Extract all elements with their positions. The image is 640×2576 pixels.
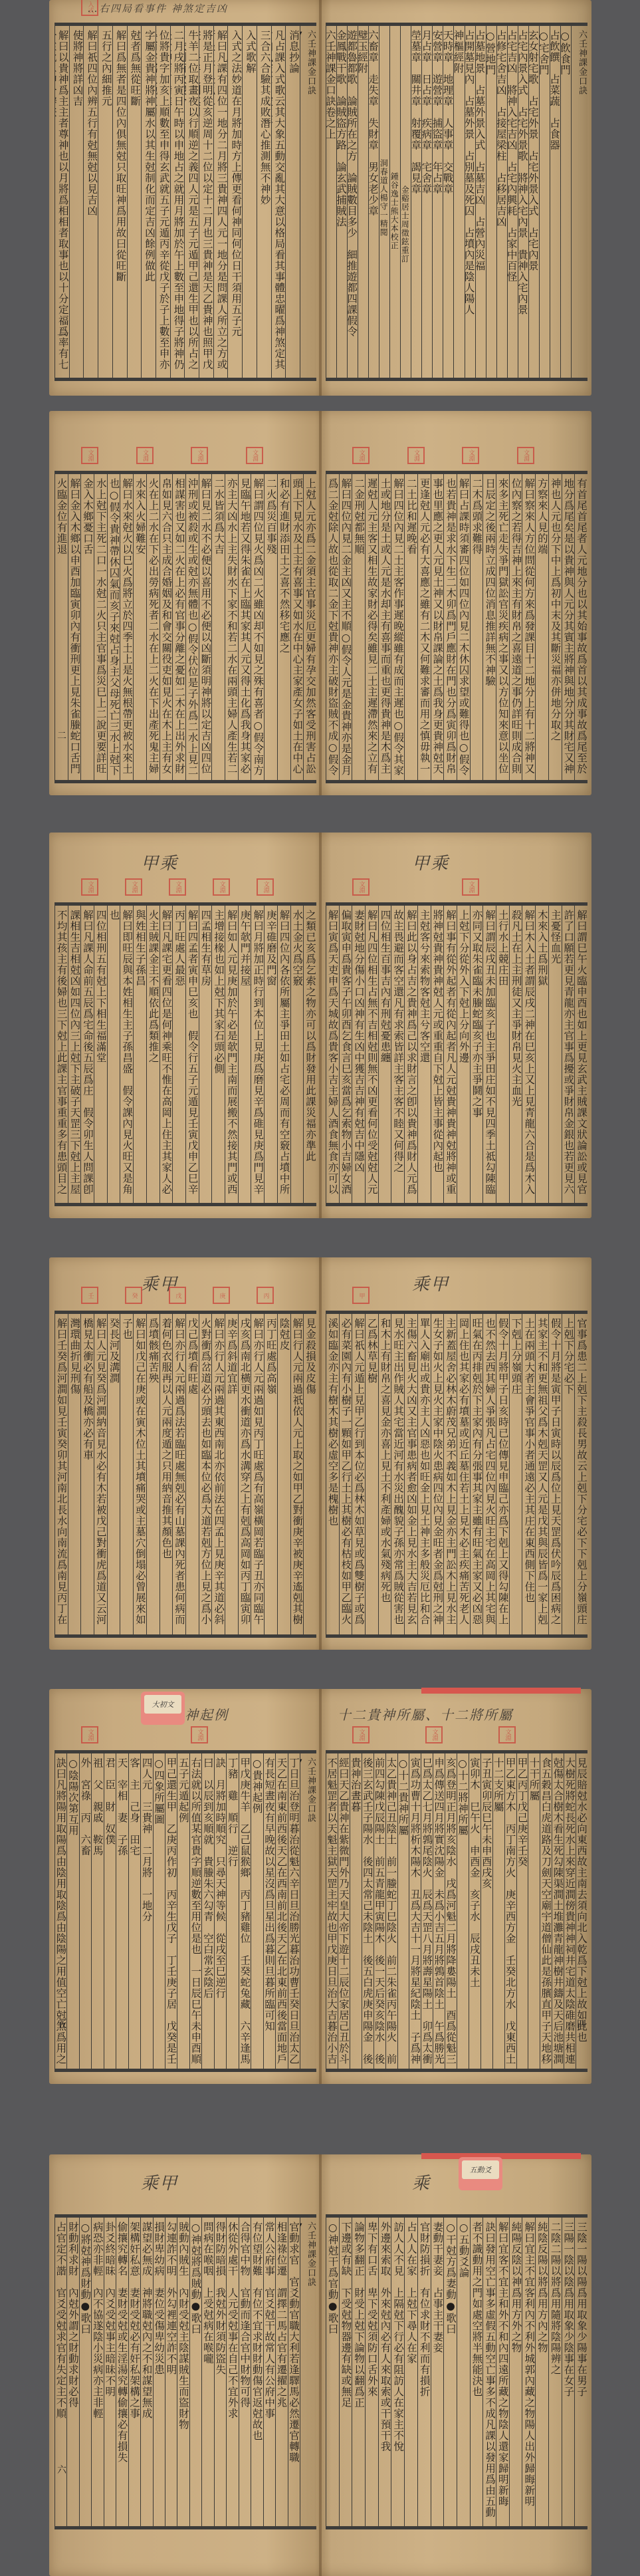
text-column: 訣曰發用空亡事多虛假五動空亡事多不成凡課以發用爲由五動爲發用之門爲萬物本體作課 xyxy=(482,2218,496,2526)
text-column: 解曰事有從外起者有從內起者凡人元尅貴神貴神尅將神或重重自上尅下皆主事從外入也凡 xyxy=(443,906,457,1203)
text-column: 妻動干妻妾 占事主干妻妾 xyxy=(431,2218,444,2526)
text-frame: 見辰賠尅水必向東西故主南去須向北入乾爲下尅上故如此也大樹死將蛇長死水上來穿近澗傍… xyxy=(326,1750,587,2072)
text-column: ○貴神起例 xyxy=(251,1753,263,2069)
red-seal-stamp: 文淵 xyxy=(136,447,154,464)
text-column: ○飲食門 xyxy=(560,26,571,378)
text-column: 二金刑尅都無順 xyxy=(352,474,365,780)
fishtail-mark-icon: ▼ xyxy=(300,1757,304,2069)
right-page: 六壬神課金口訣○飲食門占飲饌 占菜蔬 占食器○宅舍門玄女射宅歌 占宅外景 占宅外… xyxy=(320,0,591,396)
text-column: 見水旺主出作賊人其宅當近河有水災出醜貌子孫亦常爲賊從害也火在上主產死在下 xyxy=(391,1314,404,1634)
text-column: 更逢尅人元必有大喜應之雖有二木又何難求審而用之慎毋執一 xyxy=(417,474,431,780)
text-column: 神也人元也分下中上爲初中末及其斷災福亦併地分取之 xyxy=(548,474,562,780)
text-column: 主新蓋屋舍必林木蔚茂兄弟不義如木上見金亦主門訟木上見水主財帛之喜木上見火 xyxy=(443,1314,457,1634)
text-column: 解曰凡課人命前五辰爲宅命後五辰爲庄 假令卯生人問課卽申是宅便於宅上作方位立成四 xyxy=(80,906,94,1203)
text-column: 也若貴神是求水下生二木卯爲門戶應財在門也分爲寅卯爲財帛此二木得水化爲生氣亦有喜 xyxy=(443,474,457,780)
text-column: 庚辛爲斜道宜詳 xyxy=(225,1314,238,1634)
fold-margin-column: 六壬神課金口訣▼卷上 xyxy=(300,2218,316,2526)
text-column: 之類已亥爲乞索之物亦可以爲財發用此課災福亦準此 xyxy=(303,906,316,1203)
editor-credit: 金谿居士周徵鉉重訂 xyxy=(400,26,411,378)
page-header-area xyxy=(326,0,586,23)
text-column: 解曰凡四位相生占無不吉相尅則無不凶更看何位受尅尅人元主官事尅貴神傷尊長尅將神傷 xyxy=(365,906,378,1203)
text-column: 許了口願若更見青龍亦主官事爲擾或爭財帛金銀也若更見六合主四官事門上追呼若更見巳午 xyxy=(562,906,575,1203)
text-column: 解曰凡課有四位一地分二月將三貴神四人元一地分是問課人所立之方或所坐之方是也二月 xyxy=(213,26,228,378)
text-column: 下剋上分嶺頭庄 xyxy=(509,1314,522,1634)
text-column: 卑下有口舌 卑下受尅須防口舌外來 xyxy=(365,2218,378,2526)
text-column: 入式歌解 xyxy=(242,26,257,378)
text-column: 客 主 己身 田宅 xyxy=(128,1753,140,2069)
text-column: 解曰祇四位內辨五行有尅無尅以見吉凶 xyxy=(83,26,98,378)
right-page: 十二貴神所屬、十二將所屬文淵文淵文淵見辰賠尅水必向東西故主南去須向北入乾爲下尅上… xyxy=(320,1689,591,2084)
margin-book-title: 六壬神課金口訣 xyxy=(306,2222,316,2287)
text-column: 癸長河及溝澗 xyxy=(107,1314,120,1634)
text-column: 太乙貴神己丑陰土 前一螣蛇丁巳陰火 前二朱雀丙午陽火 前三六合乙卯陰木 xyxy=(385,1753,397,2069)
page-number: 四 xyxy=(577,2017,586,2031)
text-column: 巳爲太乙七月將鶉尾陰火 辰爲天罡八月將壽星陽土 卯爲太衝九月將大火陰木 xyxy=(421,1753,433,2069)
text-column: 四人元 三貴神 二月將 一地分 xyxy=(140,1753,152,2069)
text-column: 也○假令貴神帶休囚氣而亥子來尅占身主父母死亡三水上尅下火不能生其家必主死二口二 xyxy=(107,474,120,780)
text-column: 也 xyxy=(107,906,120,1203)
text-column: 天 宰相 妻 子孫 xyxy=(116,1753,128,2069)
text-column: 甲己還生甲 乙庚丙作初 丙辛生戊子 丁壬庚子居 戊癸是壬子 時元從子推 xyxy=(165,1753,177,2069)
text-column: 凡占課入式歌云其大象五動交亂其大意以格局看其事體忠曜爲神煞定其占凶以空亡月破史干 xyxy=(271,26,286,378)
text-column: 五行之內細推元 xyxy=(98,26,112,378)
red-seal-stamp: 文淵 xyxy=(169,878,186,896)
text-column: 玄女射宅歌 占宅外景 占宅外景入式 占宅內景 xyxy=(528,26,539,378)
text-column: 解曰四位內見二土主客作事遲晚縱雖有成而主遲也○假令其家求財或爭財帛於四位內見二 xyxy=(391,474,404,780)
text-column: 占開墓見內 占墓外景 占別墓及死囚 占墳內是陰人陽人 xyxy=(465,26,475,378)
text-column: 頭上下見水及土主有喜事又如水在中心主家產女子如土在中心主子孫出外爲商旅如上下比 xyxy=(290,474,304,780)
text-column: 爲二金尅除人故也從取二金下尅貴神亦主破財盜賊不成○假令將神是金貴神是金人元是木 xyxy=(326,474,339,780)
text-frame: 六壬神課金口訣▼卷上丁日旦治登明暮治從魁六辛日旦治勝光暮治功曹壬癸日旦治太乙暮治… xyxy=(54,1750,316,2072)
text-column: 甲乙丙丁戊己庚辛壬癸 xyxy=(516,1753,528,2069)
text-column: 入式之法妙道在月將加時方上傳更看何神同何位日干須用五子元 xyxy=(227,26,242,378)
page-header-area: 乘五動爻 xyxy=(326,2154,586,2214)
page-header-area: 四 貴神起例大初文文淵文淵 xyxy=(54,1689,315,1750)
text-column: 官財防損折 有位求財不利而有損折 xyxy=(417,2218,431,2526)
right-page: 文淵文淵文淵文淵有首尾首尾者人元地分也以其始事故爲首以其成事故爲尾至於論一課之首… xyxy=(320,411,591,795)
page-header-area: 甲乘文淵文淵 xyxy=(326,833,586,902)
red-seal-stamp: 文淵 xyxy=(257,878,274,896)
text-column: 官動求官 官爻動官職大利若逢驛馬必然遷官轉職 xyxy=(288,2218,300,2526)
text-column: 二火爲災百事殘 xyxy=(264,474,277,780)
text-column: 偷攘究轉名 妻財受尅或生淫湯究轉偷攘必有損失 xyxy=(116,2218,128,2526)
right-page: 甲乘文淵文淵解曰謂巳午火臨申酉也如上更見玄武主賊課文狀論訟或見官爭田土而必大理若… xyxy=(320,833,591,1218)
text-column: 六壬神課金口訣卷之上 xyxy=(326,26,336,378)
text-column: 子也 xyxy=(120,1314,133,1634)
text-column: 假令十月將甲子日亥時已位傳見申臨己亦爲下剋上又得勾陳在上其庄在南山側下門 xyxy=(496,1314,509,1634)
text-column: 天乙在南東前西後天乙在西南前北後天乙在北東前西後當面地戶背天門以天門地戶爲晝夜 xyxy=(275,1753,287,2069)
text-column: 亦主大凶水上主失財水下家不和若二水在兩頭主婦人產生若二土在上主夫妻不睦須分離也 xyxy=(225,474,238,780)
red-seal-stamp: 戊 xyxy=(169,1287,186,1304)
text-column: 單人入廟出或貴亦主人凶惡也如旺金上見土神主多般災厄比和合主先凶後吉也如金 xyxy=(417,1314,431,1634)
text-column: 前四勾陳戊辰陽土 前五青龍甲寅陽木 後一天后癸亥陰水 後二太陰辛酉陰金 xyxy=(373,1753,385,2069)
text-column: 金入木鄉憂口舌 xyxy=(80,474,94,780)
text-column: 訪人人不見 上隔尅下行必有阻訪人在家主不悅 xyxy=(391,2218,404,2526)
margin-book-title: 六壬神課金口訣 xyxy=(577,30,587,95)
text-column: 右法就以所值某官貴字順逆數至用位是也 一日辰巳午未申酉順行 戌亥子丑寅卯逆行 xyxy=(189,1753,201,2069)
red-seal-stamp: 入式 xyxy=(81,0,98,16)
text-column: 遊都魯都歌 論賊所在之方 論賊數目多少 細推遊都四課假令 xyxy=(347,26,358,378)
text-column: 丙丁旺處人最惡 xyxy=(172,906,185,1203)
text-column: 解曰凡課宅更看四位是何神乘旺不惟在高岡上住主其家人必惡而狠戾也水主沉溺木主不 xyxy=(160,906,173,1203)
text-column: 純陽反陰以神爲用方外之物 xyxy=(509,2218,522,2526)
left-page: 乘甲壬癸戊庚丙見金殺損及皮傷解曰行人元兩過祇依人元上取之如甲乙對衝庚辛被庚辛遙剋… xyxy=(49,1257,320,1650)
text-column: 相謀害也又如二火在上必有官事分離之憂如二木在上出外求財大喜也見二木內有青龍主財 xyxy=(172,474,185,780)
page-header-area: …右四局看事件 神煞定吉凶入式 xyxy=(54,0,315,23)
text-column: ○神尅將爲賊動●歌曰 xyxy=(189,2218,201,2526)
text-column: 子丑寅卯辰巳午未申酉戌亥 xyxy=(480,1753,492,2069)
text-column: 和木上有財帛之喜見金亦喜上見土不利產婦或水氣殘病死也 xyxy=(378,1314,391,1634)
text-frame: 之類已亥爲乞索之物亦可以爲財發用此課災福亦準此水土金火爲空竅解曰四位內各依所屬主… xyxy=(54,902,316,1206)
text-column: ○將尅神爲財動●歌曰 xyxy=(79,2218,91,2526)
text-column: 六畜章 走失章 失財章 男女老少章 xyxy=(368,26,379,378)
text-column: 上尅人元亦爲二金須主官事災厄更婦有孕交加然客受刑害占訟之用我獲吉矣又加二金在兩 xyxy=(303,474,316,780)
red-seal-stamp: 文淵 xyxy=(425,1726,443,1743)
left-page: 甲乘文淵文淵文淵文淵文淵之類已亥爲乞索之物亦可以爲財發用此課災福亦準此水土金火爲… xyxy=(49,833,320,1218)
page-number: 一 xyxy=(57,329,66,342)
text-column: 得財防暗損 我尅外財須防盜失 xyxy=(214,2218,226,2526)
text-column: 寅爲功曹十月將析木陽木 丑爲大吉十一月將星紀陰土 子爲神后十二月將玄枵陽水 xyxy=(409,1753,421,2069)
text-column: 解曰以貴神爲主主者尊神也以月將爲相相者取事也以十分定福爲率有七分在此二神分辨兼 xyxy=(54,26,69,378)
text-column: 占宅吉凶 將神入宅吉凶 占宅內興耗 占家中百怪 xyxy=(507,26,518,378)
margin-book-title: 六壬神課金口訣 xyxy=(306,1757,316,1823)
text-column: 解曰人元見癸爲河澗納音見水必有木若被戊己對衝虎爲道又云河與道交過如見大吉 xyxy=(94,1314,107,1634)
text-column: 賊動內賊生 內財受尅主陰謀賊生而盜財物 xyxy=(177,2218,189,2526)
text-column: 四孟相生有草房 xyxy=(199,906,212,1203)
page-header-area: 文淵文淵文淵文淵 xyxy=(326,411,586,471)
text-column: 土在兩頭大者主會爭官事小者通遠必主其庄在東西側下住也 xyxy=(522,1314,535,1634)
text-column: ○十二將神所屬 xyxy=(457,1753,469,2069)
handwritten-annotation: 甲乘 xyxy=(141,850,178,874)
text-column: 乙爲林草見樹 xyxy=(365,1314,378,1634)
text-column: 地分爲尾矣是以貴神與人元分其賓主將神與地分分其財宅又神與將各定善惡以斷休咎將也 xyxy=(562,474,575,780)
label-tag-text: 五動爻 xyxy=(462,2160,499,2179)
text-column: 假令十月將是寅甲子日寅時以辰爲位上見天罡爲伏吟辰爲困病之神又上見六合木木 xyxy=(548,1314,562,1634)
text-column: 見臨午地若又得朱雀在上臨其家其人元又得土化爲我身其家必大富也若二火二水百無一好 xyxy=(238,474,251,780)
text-column: 食五穀昌白虎道路及刀劍天空廟宇道僧仙此是孫臏直甲子天地移來掌內觀 xyxy=(540,1753,552,2069)
text-column: 水來入火婦難安 xyxy=(133,474,146,780)
text-column: 解曰祇人元遁上見甲乙行到本位必爲林木如草見或爲雙樹子或爲單樹子如甲乙臨 xyxy=(352,1314,365,1634)
page-header-area: 乘甲 xyxy=(54,2154,315,2214)
text-column: 純陰反陽以將爲用方內之物 xyxy=(535,2218,548,2526)
text-column: 火對衝爲岔道必分頭去也如臨本位必爲大道若剋方位上見之爲小道也 xyxy=(199,1314,212,1634)
text-column: 着何色衣服再以人元兩度遁之只用納音推其顏色也 xyxy=(160,1314,173,1634)
text-column: 解曰水來尅火以巳火爲將立於四季土上是火無根帶更被水來土尅而人元不救主婦人心痛死 xyxy=(120,474,133,780)
text-column: 故主畏避而客空還凡有求索皆詳主客主客不睦又何得之 xyxy=(391,906,404,1203)
text-column: 財動利求財 內尅外謂之財動求財必得 xyxy=(66,2218,78,2526)
text-column: 解曰亦行人元兩過爲法若臨旺處無剋必有山墓課內死者患何病而死亦依後占法斷之 xyxy=(172,1314,185,1634)
red-seal-stamp: 文淵 xyxy=(81,1726,98,1743)
fishtail-mark-icon: ▼ xyxy=(300,2222,304,2526)
red-seal-stamp: 文淵 xyxy=(498,1726,516,1743)
text-column: 和必有進財添田土之喜不然移宅應之 xyxy=(277,474,290,780)
book-spread: …右四局看事件 神煞定吉凶入式六壬神課金口訣▼卷上消息抄論凡占課入式歌云其大象五… xyxy=(49,0,591,396)
text-column: 損財卑幼病 妻位受傷卑幼災患 xyxy=(153,2218,165,2526)
red-seal-stamp: 文淵 xyxy=(462,878,479,896)
text-column: 二土比和遲晚看 xyxy=(404,474,417,780)
text-column: 常人公府事 官爻尅干故常人有公府中事 xyxy=(263,2218,275,2526)
fold-margin-column: 六壬神課金口訣▼卷上 xyxy=(300,26,316,378)
text-column: 有長短晝夜有早晚故以星沒爲旦星出爲暮則旦暮所臨可知 xyxy=(263,1753,275,2069)
text-column: 三陰一陽以陽爲用取象少陽事在男子 xyxy=(574,2218,587,2526)
red-seal-stamp: 庚 xyxy=(213,1287,230,1304)
fold-margin-column: 六壬神課金口訣 xyxy=(571,26,587,378)
text-column: 妻財尅地分傷小口凶神有生凶中獲吉吉神有尅吉中隱凶 xyxy=(352,906,365,1203)
text-column: 曰 以辰到亥順就 貴螣朱六勾青 空白常玄陰后 xyxy=(201,1753,213,2069)
text-column: ○營地門 xyxy=(486,26,496,378)
text-column: 將神尅貴神貴神尅人元或重重自下尅上皆主事從內起也 xyxy=(431,906,444,1203)
text-column: 璧玉經附 xyxy=(358,26,368,378)
red-seal-stamp: 文淵 xyxy=(213,878,230,896)
text-column: 沖刑或被殺或生或尅亦無體也○假令伏位是子外爲二水上見二土必傷人二口又須破財遭賊 xyxy=(185,474,199,780)
page-header-area: 文淵文淵文淵文淵 xyxy=(54,411,315,471)
text-column: 解曰爲無者是四位內俱無尅只取旺神爲用故曰從旺斷 xyxy=(112,26,127,378)
red-seal-stamp: 壬 xyxy=(81,1287,98,1304)
text-column: ○五動爻論 xyxy=(457,2218,470,2526)
text-column: 架構奸私意 妻財受尅必有奸私架構之事 xyxy=(128,2218,140,2526)
text-column: ○宅舍門 xyxy=(539,26,550,378)
red-seal-stamp: 文淵 xyxy=(81,878,98,896)
text-column: 經曰天乙貴神在紫微門外乃天皇大帝下遊十二辰位家居己丑於斗牛之次執玉衡均同天人之事 xyxy=(338,1753,350,2069)
book-spread: 乘甲六壬神課金口訣▼卷上官動求官 官爻動官職大利若逢驛馬必然遷官轉職相逢祿位遷 … xyxy=(49,2154,591,2576)
handwritten-annotation: 十二貴神所屬、十二將所屬 xyxy=(338,1704,513,1724)
text-column: 火主賊課金主不順依此爲類推之 xyxy=(146,906,160,1203)
text-column: 解曰月將加正時行到本位上見庚爲磨見辛爲碓見庚爲門見辛爲窗亦爲水道也 xyxy=(251,906,264,1203)
page-header-area: 乘甲甲 xyxy=(326,1257,586,1311)
text-column: 解曰占課時須審四位如四位內見二木休囚求望或難得也○假令地分在寅上遁得太衝是二木 xyxy=(457,474,470,780)
text-column: ○神尅干爲官動●歌曰 xyxy=(326,2218,339,2526)
text-column: 金鳳戰干歌 論賊盜方路 論玄武捕賊法 xyxy=(336,26,347,378)
text-frame: 六壬神課金口訣▼卷上消息抄論凡占課入式歌云其大象五動交亂其大意以格局看其事體忠曜… xyxy=(54,23,316,381)
text-column: 三合六合驗其成敗潛心推測無不神妙 xyxy=(257,26,271,378)
text-column: 官事爲患二上剋下主殺長男故云上剋下分宅必下下剋上分嶺頭庄此宅亦主兵起破財 xyxy=(574,1314,587,1634)
text-column: 四位相生百事吉內有刑尅憂患纏 xyxy=(378,906,391,1203)
editor-credit: 鍾谷逸士熊大本校正 xyxy=(389,26,400,378)
text-column: 卦爻終暗昧 內爻受尅事主暗昧不明 xyxy=(104,2218,116,2526)
text-column: 主傷六畜見火大凶又主官事患病者愈凶如金上見水主大吉若見玄武水主作竊盜之人 xyxy=(404,1314,417,1634)
text-column: 占修宅舍吉凶 占接屋梁柱 占移居吉凶 xyxy=(496,26,507,378)
text-column: 有首尾首尾者人元地分也以其始事故爲首以其成事故爲尾至於論一課之首尾則人元爲首而 xyxy=(574,474,587,780)
text-column: 橋見太衝必有船及橋亦必有車 xyxy=(80,1314,94,1634)
text-column: 塋墓章 關井章 射覆章 謁見章 xyxy=(411,26,421,378)
library-label-tag: 大初文 xyxy=(141,1692,185,1725)
text-frame: 六壬神課金口訣○飲食門占飲饌 占菜蔬 占食器○宅舍門玄女射宅歌 占宅外景 占宅外… xyxy=(326,23,587,381)
text-column: 合得官中物 官動而逢合官中財物可得 xyxy=(239,2218,251,2526)
fishtail-mark-icon: ▼ xyxy=(300,30,304,378)
right-page: 乘五動爻三陰一陽以陽爲用取象少陽事在男子三陽一陰以陰爲用取象少陰事在女子二陰二陽… xyxy=(320,2154,591,2576)
text-column: 訣 月將加時順究 只尋天神等候 從戌至巳逆行 xyxy=(214,1753,226,2069)
text-column: 課相生吉相尅凶如四位內三上尅下主破子天罡三下尅上主屋舍必塌又主破財亦有子孫獨弱 xyxy=(68,906,81,1203)
red-seal-stamp: 文淵 xyxy=(462,447,479,464)
text-column: 解曰察來人方位問從何方來爲發課目十二地分上有十二將神又有十二貴神上有人元宜於四 xyxy=(522,474,535,780)
text-column: 解曰壬癸爲河澗如見壬寅癸卯其河南北長水向南流爲南見丙丁在前也故旺處刑剋即 xyxy=(54,1314,68,1634)
text-column: 君 臣 財 奴僕 xyxy=(104,1753,116,2069)
red-seal-stamp: 文淵 xyxy=(125,878,142,896)
text-column: 休從外處干 人元受尅事在自己不宜外求 xyxy=(226,2218,238,2526)
text-column: 消息抄論 xyxy=(285,26,300,378)
text-column: 解曰四位內各依所屬主爭田土如占宅必周而有空竅占墳中所藏是瓦器 xyxy=(277,906,290,1203)
text-column: 偏取寅申爲貴客子午卯酉乞食言巳亥當爲乞索物小吉婦女酒食筵 xyxy=(339,906,352,1203)
text-column: 主增接椽也如上尅下其家石頭必側 xyxy=(211,906,225,1203)
red-seal-stamp: 文淵 xyxy=(407,447,425,464)
text-column: 二水皆須爲大吉 xyxy=(211,474,225,780)
text-column: 字屬金貴神將神屬水以其生尅制化而定吉凶餘例做此 xyxy=(141,26,156,378)
text-column: 丁日旦治登明暮治從魁六辛日旦治勝光暮治功曹壬癸日旦治太乙暮治太衝天乙在東南前北後 xyxy=(288,1753,300,2069)
text-column: 解曰此以身占吉之貴神爲己以求財言之卽以貴神爲財人元爲主以主尅客故來索物以客傷主 xyxy=(404,906,417,1203)
text-column: 水上尅下主死二口一水尅二火只主官事爲災巳上二說更要詳旺相休囚而決 xyxy=(94,474,107,780)
text-column: 解曰四位內見二金主凶又主不順○假令人元是金貴神亦是金月將是木更相刑殺故凶主亡妻 xyxy=(339,474,352,780)
text-column: 上尅下分從外入下尅上分向外邊 xyxy=(457,906,470,1203)
book-spread: 文淵文淵文淵文淵上尅人元亦爲二金須主官事災厄更婦有孕交加然客受刑害占訟之用我獲吉… xyxy=(49,411,591,795)
text-column: 庚午欹門并接屋 xyxy=(238,906,251,1203)
red-seal-stamp: 文淵 xyxy=(191,1726,208,1743)
text-column: 謀望必無成 神將職尅內之不和謀望無成 xyxy=(140,2218,152,2526)
text-column: 外邊來索取 外來尅內必有人來取索或干預干我 xyxy=(378,2218,391,2526)
red-seal-stamp: 文淵 xyxy=(517,447,534,464)
text-column: 亦同又取朱雀臨未螣蛇臨亥子亦主爭鬪之事 xyxy=(470,906,483,1203)
text-column: 溪如臨金亦主有樹木其樹必虛空多是槐樹也 xyxy=(326,1314,339,1634)
text-column: 使將神將詳凶吉 xyxy=(69,26,84,378)
red-seal-stamp: 甲 xyxy=(352,1287,370,1304)
text-column: 神樞經附 xyxy=(453,26,464,378)
text-column: 占墓地景 占墓外景入式 占墓吉凶 占營內災福 xyxy=(475,26,486,378)
text-column: 寅卯木 巳午火 申酉金 亥子水 辰戌丑未土 xyxy=(469,1753,480,2069)
text-column: 旺氣在丙排剋於下主家內有分張事其家主雖有旺氣主家又必凶惡也四位內見土旺主 xyxy=(470,1314,483,1634)
text-column: 解曰寅爲天吏申爲天城故爲貴客小吉主婦人酒食無食亦可以遊候用也子午卯酉爲乞食果物 xyxy=(326,906,339,1203)
text-column: 不居魁罡者以天魁主獄天罡主牢故也甲戊庚日旦治大吉暮治小吉乙己日旦治神后暮治傳送丙 xyxy=(326,1753,338,2069)
text-column: 灣環曲折見刑傷 xyxy=(68,1314,81,1634)
left-page: …右四局看事件 神煞定吉凶入式六壬神課金口訣▼卷上消息抄論凡占課入式歌云其大象五… xyxy=(49,0,320,396)
book-spread: 乘甲壬癸戊庚丙見金殺損及皮傷解曰行人元兩過祇依人元上取之如甲乙對衝庚辛被庚辛遙剋… xyxy=(49,1257,591,1650)
text-column: 解曰謂四位見火爲凶二火雖凶却不如見之殊有喜者○假令南方干地爲一火更得伏吟勝光火 xyxy=(251,474,264,780)
text-column: 後三玄武壬子陽水 後四太常己未陰土 後五白虎庚申陽金 後六天空戊戌陽土 xyxy=(362,1753,373,2069)
text-column: 十干所屬 xyxy=(528,1753,540,2069)
text-column: 位內察之若得吉神上來主有財帛之喜遠道之事仍詳旺則成合則說百事無凶若帶凶神凶位上 xyxy=(509,474,522,780)
text-column: ○四象所屬圖 xyxy=(153,1753,165,2069)
text-column: 主尅客兮來索物客尅主兮客空還 xyxy=(417,906,431,1203)
text-column: 解曰謂巳午火臨申酉也如上更見玄武主賊課文狀論訟或見官爭田土而必大理若更見貴神主 xyxy=(574,906,587,1203)
text-column: 岡上住也其家必有墳墓或近丘墓住若土上見木必主疾痛苦死老人四位內見木旺有官 xyxy=(457,1314,470,1634)
text-column: 遲尅人元主客又相生故家財必得矣雖見二土主遲滯然來之立有大喜而重應之 xyxy=(365,474,378,780)
text-column: 戌亥爲南北橫更水衝道亦爲水溝穿之上有剋爲高岡如丙丁臨寅卯木位必有山林也 xyxy=(238,1314,251,1634)
text-column: 必有菜園內有小樹子一顆如甲乙行土上其樹必有枯枝如甲乙臨火主有火樹子亦焦乾 xyxy=(339,1314,352,1634)
text-frame: 三陰一陽以陽爲用取象少陽事在男子三陽一陰以陰爲用取象少陰事在女子二陰二陽以將爲用… xyxy=(326,2214,587,2529)
text-column: 外 宮祿 丙 六畜 xyxy=(79,1753,91,2069)
text-column: ○十二貴神所屬 xyxy=(397,1753,409,2069)
red-seal-stamp: 癸 xyxy=(125,1287,142,1304)
text-column: 牛羊二位取畫夜以行順逆之義四人元是五子元遁甲己還生甲也以所占之日依例而取假令 xyxy=(184,26,199,378)
text-column: 月占章 日占章 疾病章 宅舍章 xyxy=(421,26,432,378)
text-column: 丙丁旺處爲高嶺 xyxy=(264,1314,277,1634)
text-column: 貴神治晝暮 xyxy=(350,1753,362,2069)
text-column: 日辰定之後兩時立成四位消息推詳無不神驗 xyxy=(482,474,496,780)
text-column: 占人人在家 上尅下尋人在家 xyxy=(404,2218,417,2526)
text-column: 與姓相生子孫昌 xyxy=(133,906,146,1203)
page-number: 五 xyxy=(57,2017,66,2031)
handwritten-annotation: …右四局看事件 神煞定吉凶 xyxy=(88,1,228,15)
text-frame: 有首尾首尾者人元地分也以其始事故爲首以其成事故爲尾至於論一課之首尾則人元爲首而地… xyxy=(326,471,587,783)
text-column: 尅傷太合樹木看生死勾陳渠澗土堆灘青龍神樹井鑄及天后池塘澗水泉玄武鬼神井圖畫太常酒 xyxy=(552,1753,564,2069)
text-column: 解曰如人元見庚加於午必是欹門主南而展搬不然接其門或西南 根柱曾接來也如見二金 xyxy=(225,906,238,1203)
red-seal-stamp: 文淵 xyxy=(81,447,98,464)
text-column: 占官定不諧 官爻受尅求官有失定主不順 xyxy=(54,2218,66,2526)
book-spread: 甲乘文淵文淵文淵文淵文淵之類已亥爲乞索之物亦可以爲財發用此課災福亦準此水土金火爲… xyxy=(49,833,591,1218)
left-page: 文淵文淵文淵文淵上尅人元亦爲二金須主官事災厄更婦有孕交加然客受刑害占訟之用我獲吉… xyxy=(49,411,320,795)
text-column: 位將貴字加亥上順數至申得玄武就五子元遁丙辛從戊子於子上數至申亦得丙字屬火地支申 xyxy=(156,26,170,378)
handwritten-annotation: 甲乘 xyxy=(412,850,449,874)
text-column: 亥爲登明正月將亥陰水 戌爲河魁二月將降婁陽土 酉爲從魁三月將大梁陰金 xyxy=(445,1753,457,2069)
text-column: 大樹死將蛇長死水上來穿近澗傍貴神神祠井宅道太陰碓磨共相連前一螣蛇爲窑竈朱雀燒窑有 xyxy=(564,1753,576,2069)
text-column: 丁豬 雞 順行 逆行 xyxy=(226,1753,238,2069)
text-column: 庚辛碓磨及門窗 xyxy=(264,906,277,1203)
text-column: 甲乙東方木 丙丁南方火 庚辛西方金 壬癸北方水 戊東西土陽 己南北土陰 xyxy=(504,1753,516,2069)
text-column: 火在上二水在下必出勞病死者二水在上二火在下出產死鬼主婦嫌夫之象又主火驚三兩次也 xyxy=(146,474,160,780)
text-column: 其家主不和更無祖父爲木剋天罡又人元是戊其與辰皆爲一家上剋之主兄弟分張更木 xyxy=(535,1314,548,1634)
text-column: 解曰宜主不宜客利內不利外城郭內藏之物陽人出外歸晦新明 xyxy=(522,2218,535,2526)
text-column: 解曰即旺辰與本姓相生主子孫昌盛 假令課內見火旺又是角徵宮姓人占之是宅有氣又相 xyxy=(120,906,133,1203)
fold-margin-column: 六壬神課金口訣▼卷上 xyxy=(300,1753,316,2069)
text-column: 解曰見二水不必便以喜用不必便以凶斷須明神將以定吉凶四位之中見二水或比和或相隔或 xyxy=(199,474,212,780)
text-column: 解曰亦行人元兩過其東西南北亦依前法在四孟上見庚辛其道必斜又云午爲大道更有 xyxy=(211,1314,225,1634)
text-column: 二木爲頭求難得 xyxy=(470,474,483,780)
text-column: 占宅內景入式 占宅外景歌 將神入宅內景 貴神入宅內景 xyxy=(518,26,528,378)
text-column: 有位望財難 有位不宜求財財動傷官返尅故也 xyxy=(251,2218,263,2526)
red-seal-stamp: 丙 xyxy=(257,1287,274,1304)
page-number: 二 xyxy=(57,729,66,742)
text-column: 安營章 遊營章 捕盜章 年占章 xyxy=(432,26,443,378)
text-frame: 見金殺損及皮傷解曰行人元兩過祇依人元上取之如甲乙對衝庚辛被庚辛遙剋其樹必無枝與皮… xyxy=(54,1311,316,1638)
label-tag-text: 大初文 xyxy=(144,1695,181,1714)
text-column: 下邊或有缺 下受尅物器邊有缺或無足 xyxy=(339,2218,352,2526)
library-label-tag: 五動爻 xyxy=(459,2157,502,2190)
text-column: 三陽一陰以陰爲用取象少陰事在女子 xyxy=(562,2218,575,2526)
handwritten-annotation: 乘甲 xyxy=(141,2170,178,2194)
text-column: 四位相刑五有尅上下相生福滿堂 xyxy=(94,906,107,1203)
text-column: 事也里應之更人元見土神又以財帛課論之土爲我身更貴神尅天后水主客旺也二木化爲財帛 xyxy=(431,474,444,780)
text-column: 來多主死亡走失爭門獄訟官災疾病之事又以方位知來意以坐位知災福以來人命上知成敗用 xyxy=(496,474,509,780)
text-column: 論物多翻正 財受上尅下論物以翻爲正 xyxy=(352,2218,365,2526)
text-column: 木來入土爲刑獄 xyxy=(535,906,548,1203)
margin-book-title: 六壬神課金口訣 xyxy=(306,30,316,95)
editor-credit: 洞春道人楊守一精閱 xyxy=(379,26,389,378)
red-seal-stamp: 文淵 xyxy=(191,447,208,464)
right-page: 乘甲甲官事爲患二上剋下主殺長男故云上剋下分宅必下下剋上分嶺頭庄此宅亦主兵起破財上… xyxy=(320,1257,591,1650)
text-column: ○干尅方爲妻動●歌曰 xyxy=(443,2218,457,2526)
red-seal-stamp: 文淵 xyxy=(352,1726,370,1743)
handwritten-annotation: 乘甲 xyxy=(412,1271,449,1295)
text-column: 解曰木入土者謂辰戌二神在巳亥上又上見青龍六合是爲木入土也更上見金則其罪不輕主斬 xyxy=(522,906,535,1203)
text-column: 占飲饌 占菜蔬 占食器 xyxy=(550,26,560,378)
text-column: 解曰亦行人元兩過如見丙丁旺處爲有高嶺橫岡若臨子丑亦同臨午未爲東橫臨寅卯 xyxy=(251,1314,264,1634)
text-column: 二月戌將丙寅日午時以申地占之就用月將加於午上數至申地得子將神仍是貴神丙丁豬雞 xyxy=(170,26,185,378)
text-column: 尅者爲無從旺斷 xyxy=(127,26,142,378)
page-number: 六 xyxy=(57,2463,66,2476)
text-column: 解曰金入木鄉以申酉加臨寅卯內有衝刑更上見朱雀螣蛇口舌門爭或見辰戌發用無一不爭訟也 xyxy=(68,474,81,780)
text-frame: 解曰謂巳午火臨申酉也如上更見玄武主賊課文狀論訟或見官爭田土而必大理若更見貴神主許… xyxy=(326,902,587,1206)
text-column: 問病在喉咽 上受尅病在喉嚨 xyxy=(201,2218,213,2526)
text-column: 土行水上競庄田 xyxy=(496,906,509,1203)
book-spread: 四 貴神起例大初文文淵文淵六壬神課金口訣▼卷上丁日旦治登明暮治從魁六辛日旦治勝光… xyxy=(49,1689,591,2084)
text-column: 殺凡土在上主刑徒又主爭財帛見火主血光 xyxy=(509,906,522,1203)
red-seal-stamp: 文淵 xyxy=(246,447,263,464)
text-column: 病恐亦非輕 內不協遂陰小災病亦主非輕 xyxy=(91,2218,103,2526)
text-column: 主憂怪血光 xyxy=(548,906,562,1203)
text-column: 不均其孩主有後婦也三下尅上此課主官事重重多有患頭目之人最凶若四位內二下尅上亦主 xyxy=(54,906,68,1203)
text-column: ○陰陽次第互用 xyxy=(66,1753,78,2069)
text-column: 生女子如火上見火主家中陰火患病四位內見金旺者金爲尅刑之神主其家門訟兄弟不 xyxy=(431,1314,444,1634)
text-frame: 官事爲患二上剋下主殺長男故云上剋下分宅必下下剋上分嶺頭庄此宅亦主兵起破財上剋下分… xyxy=(326,1311,587,1638)
handwritten-annotation: 乘 xyxy=(412,2170,431,2194)
